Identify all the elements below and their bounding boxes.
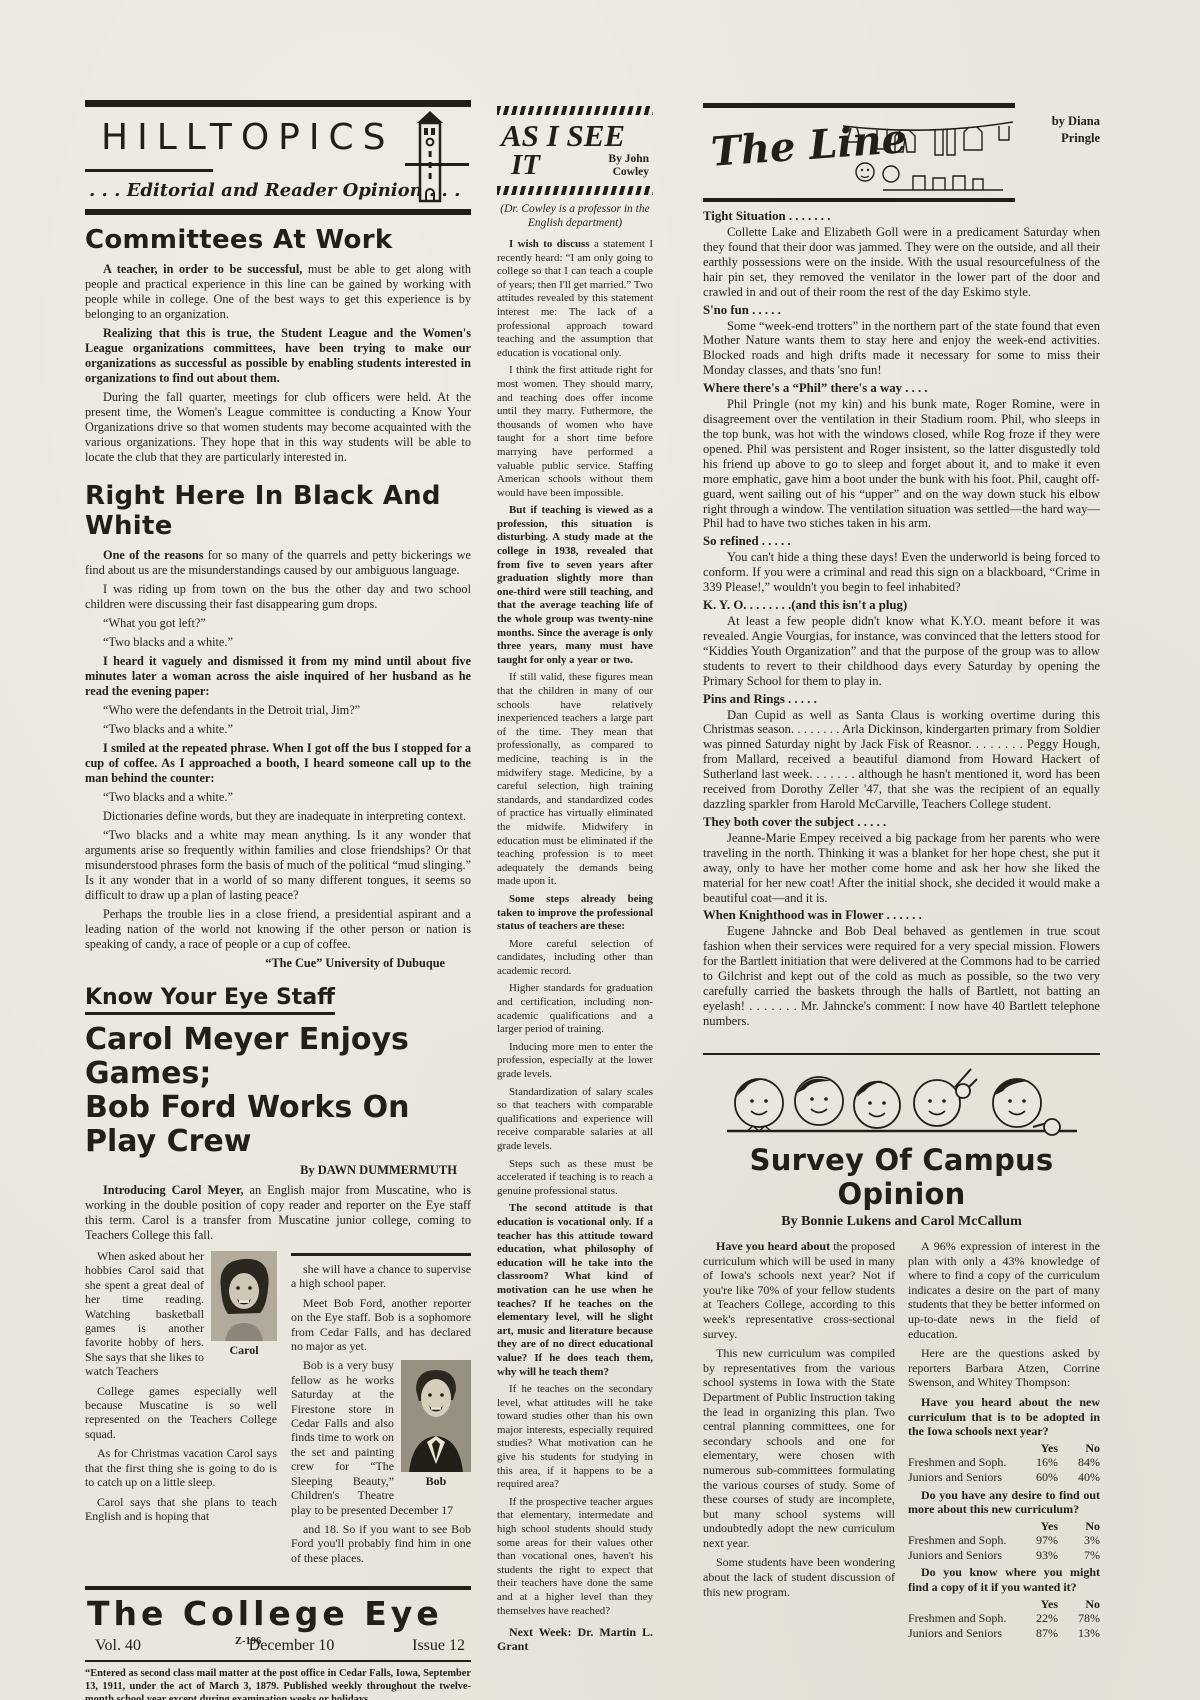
table-row: Freshmen and Soph.22%78%: [908, 1611, 1100, 1626]
byline: By Bonnie Lukens and Carol McCallum: [703, 1214, 1100, 1230]
clothesline-art-icon: [843, 110, 1013, 194]
cartoon-students-faces-icon: [727, 1057, 1077, 1143]
paragraph: As for Christmas vacation Carol says tha…: [85, 1446, 277, 1489]
issue-date: December 10: [249, 1637, 335, 1655]
section-head: S'no fun . . . . .: [703, 303, 1100, 318]
paragraph: “Two blacks and a white.”: [85, 722, 471, 737]
paragraph: and 18. So if you want to see Bob Ford y…: [291, 1522, 471, 1565]
survey-question: Do you have any desire to find out more …: [908, 1488, 1100, 1517]
paragraph: Collette Lake and Elizabeth Goll were in…: [703, 225, 1100, 300]
hilltopics-masthead: HILLTOPICS . . . Editorial and Reader Op…: [85, 100, 471, 215]
bob-subcolumn: she will have a chance to supervise a hi…: [291, 1249, 471, 1570]
section-head: They both cover the subject . . . . .: [703, 815, 1100, 830]
paragraph: Perhaps the trouble lies in a close frie…: [85, 907, 471, 952]
feature-subcolumns: Carol When asked about her hobbies Carol…: [85, 1249, 471, 1570]
paragraph: “Two blacks and a white.”: [85, 635, 471, 650]
kicker: Know Your Eye Staff: [85, 985, 335, 1015]
section-head: K. Y. O. . . . . . . .(and this isn't a …: [703, 598, 1100, 613]
table-header-row: YesNo: [908, 1441, 1100, 1456]
paragraph: “Two blacks and a white.”: [85, 790, 471, 805]
survey-table: YesNo Freshmen and Soph.97%3% Juniors an…: [908, 1519, 1100, 1563]
photo-caption: Bob: [401, 1474, 471, 1489]
survey-headline: Survey Of Campus Opinion: [703, 1143, 1100, 1211]
byline: By DAWN DUMMERMUTH: [85, 1163, 471, 1178]
paragraph: A 96% expression of interest in the plan…: [908, 1239, 1100, 1341]
divider-rule: [85, 1660, 471, 1662]
college-eye-title: The College Eye: [87, 1594, 471, 1633]
bob-photo-block: Bob: [401, 1360, 471, 1489]
survey-table: YesNo Freshmen and Soph.16%84% Juniors a…: [908, 1441, 1100, 1485]
paragraph: Steps such as these must be accelerated …: [497, 1158, 653, 1199]
paragraph: “Who were the defendants in the Detroit …: [85, 703, 471, 718]
paragraph: Realizing that this is true, the Student…: [85, 326, 471, 386]
section-head: Pins and Rings . . . . .: [703, 692, 1100, 707]
survey-columns: Have you heard about the proposed curric…: [703, 1239, 1100, 1643]
next-week-teaser: Next Week: Dr. Martin L. Grant: [497, 1626, 653, 1653]
column-title-line2: IT: [511, 151, 540, 179]
author-note: (Dr. Cowley is a professor in the Englis…: [497, 203, 653, 230]
paragraph: I wish to discuss a statement I recently…: [497, 238, 653, 360]
table-header-row: YesNo: [908, 1519, 1100, 1534]
entry-notice: “Entered as second class mail matter at …: [85, 1667, 471, 1700]
volume-label: Vol. 40: [95, 1637, 141, 1655]
section-head: So refined . . . . .: [703, 534, 1100, 549]
section-head: When Knighthood was in Flower . . . . . …: [703, 908, 1100, 923]
z-number: Z-196: [235, 1636, 261, 1647]
carol-photo-block: Carol: [211, 1251, 277, 1358]
paragraph: You can't hide a thing these days! Even …: [703, 550, 1100, 595]
masthead-title: HILLTOPICS: [101, 117, 394, 158]
attribution: “The Cue” University of Dubuque: [85, 956, 471, 971]
paragraph: If still valid, these figures mean that …: [497, 671, 653, 889]
college-eye-flag: The College Eye Z-196 Vol. 40 December 1…: [85, 1586, 471, 1700]
paragraph: This new curriculum was compiled by repr…: [703, 1346, 895, 1550]
the-line-box: The Line: [703, 103, 1015, 202]
table-row: Juniors and Seniors60%40%: [908, 1470, 1100, 1485]
rope-border-bottom: [497, 186, 653, 195]
table-row: Freshmen and Soph.16%84%: [908, 1455, 1100, 1470]
table-row: Freshmen and Soph.97%3%: [908, 1533, 1100, 1548]
survey-column-1: Have you heard about the proposed curric…: [703, 1239, 895, 1643]
paragraph: Carol says that she plans to teach Engli…: [85, 1495, 277, 1524]
paragraph: I heard it vaguely and dismissed it from…: [85, 654, 471, 699]
as-i-see-it-header: AS I SEE IT By JohnCowley: [497, 118, 653, 183]
black-white-headline: Right Here In Black And White: [85, 481, 471, 541]
paragraph: Eugene Jahncke and Bob Deal behaved as g…: [703, 924, 1100, 1028]
paragraph: I was riding up from town on the bus the…: [85, 582, 471, 612]
byline: By JohnCowley: [608, 153, 649, 179]
section-head: Where there's a “Phil” there's a way . .…: [703, 381, 1100, 396]
paragraph: More careful selection of candidates, in…: [497, 938, 653, 979]
paragraph: If the prospective teacher argues that e…: [497, 1496, 653, 1618]
table-header-row: YesNo: [908, 1597, 1100, 1612]
carol-photo: [211, 1251, 277, 1341]
feature-headline-line1: Carol Meyer Enjoys Games;: [85, 1023, 471, 1091]
divider-rule: [703, 1053, 1100, 1055]
feature-headline: Carol Meyer Enjoys Games; Bob Ford Works…: [85, 1023, 471, 1159]
paragraph: During the fall quarter, meetings for cl…: [85, 390, 471, 465]
paragraph: If he teaches on the secondary level, wh…: [497, 1383, 653, 1492]
rope-border-top: [497, 106, 653, 115]
paragraph: Phil Pringle (not my kin) and his bunk m…: [703, 397, 1100, 531]
volume-row: Vol. 40 December 10 Issue 12: [85, 1633, 471, 1658]
paragraph: Jeanne-Marie Empey received a big packag…: [703, 831, 1100, 906]
carol-subcolumn: Carol When asked about her hobbies Carol…: [85, 1249, 277, 1570]
paragraph: Some students have been wondering about …: [703, 1555, 895, 1599]
paragraph: “What you got left?”: [85, 616, 471, 631]
paragraph: Here are the questions asked by reporter…: [908, 1346, 1100, 1390]
table-row: Juniors and Seniors87%13%: [908, 1626, 1100, 1641]
paragraph: “Two blacks and a white may mean anythin…: [85, 828, 471, 903]
newspaper-page: HILLTOPICS . . . Editorial and Reader Op…: [0, 0, 1200, 1700]
middle-column: AS I SEE IT By JohnCowley (Dr. Cowley is…: [497, 103, 653, 1657]
paragraph: Inducing more men to enter the professio…: [497, 1041, 653, 1082]
paragraph: College games especially well because Mu…: [85, 1384, 277, 1442]
paragraph: One of the reasons for so many of the qu…: [85, 548, 471, 578]
paragraph: Introducing Carol Meyer, an English majo…: [85, 1183, 471, 1243]
table-row: Juniors and Seniors93%7%: [908, 1548, 1100, 1563]
paragraph: Some steps already being taken to improv…: [497, 893, 653, 934]
paragraph: Dictionaries define words, but they are …: [85, 809, 471, 824]
photo-caption: Carol: [211, 1343, 277, 1358]
feature-headline-line2: Bob Ford Works On Play Crew: [85, 1091, 471, 1159]
paragraph: Meet Bob Ford, another reporter on the E…: [291, 1296, 471, 1354]
eye-staff-feature: Know Your Eye Staff Carol Meyer Enjoys G…: [85, 971, 471, 1570]
paragraph: Have you heard about the proposed curric…: [703, 1239, 895, 1341]
paragraph: I think the first attitude right for mos…: [497, 364, 653, 500]
committees-headline: Committees At Work: [85, 225, 471, 255]
survey-column-2: A 96% expression of interest in the plan…: [908, 1239, 1100, 1643]
issue-number: Issue 12: [412, 1637, 465, 1655]
paragraph: At least a few people didn't know what K…: [703, 614, 1100, 689]
survey-question: Do you know where you might find a copy …: [908, 1565, 1100, 1594]
masthead-rule-left: [85, 169, 213, 172]
paragraph: A teacher, in order to be successful, mu…: [85, 262, 471, 322]
section-head: Tight Situation . . . . . . .: [703, 209, 1100, 224]
gossip-section: Tight Situation . . . . . . . Collette L…: [703, 209, 1100, 1029]
paragraph: Standardization of salary scales so that…: [497, 1086, 653, 1154]
paragraph: she will have a chance to supervise a hi…: [291, 1262, 471, 1291]
paragraph: I smiled at the repeated phrase. When I …: [85, 741, 471, 786]
paragraph: Some “week-end trotters” in the northern…: [703, 319, 1100, 379]
right-column: The Line by DianaPringle: [703, 103, 1100, 1031]
survey-table: YesNo Freshmen and Soph.22%78% Juniors a…: [908, 1597, 1100, 1641]
paragraph: Higher standards for graduation and cert…: [497, 982, 653, 1036]
divider-rule: [291, 1253, 471, 1256]
bob-photo: [401, 1360, 471, 1472]
the-line-header: The Line by DianaPringle: [703, 103, 1100, 199]
left-column: HILLTOPICS . . . Editorial and Reader Op…: [85, 100, 471, 1700]
byline: by DianaPringle: [1052, 113, 1100, 147]
column-title-line1: AS I SEE: [501, 120, 653, 151]
masthead-tagline: . . . Editorial and Reader Opinion . . .: [89, 180, 460, 201]
paragraph: The second attitude is that education is…: [497, 1202, 653, 1379]
paragraph: But if teaching is viewed as a professio…: [497, 504, 653, 667]
survey-section: Survey Of Campus Opinion By Bonnie Luken…: [703, 1053, 1100, 1643]
survey-question: Have you heard about the new curriculum …: [908, 1395, 1100, 1439]
paragraph: Dan Cupid as well as Santa Claus is work…: [703, 708, 1100, 812]
